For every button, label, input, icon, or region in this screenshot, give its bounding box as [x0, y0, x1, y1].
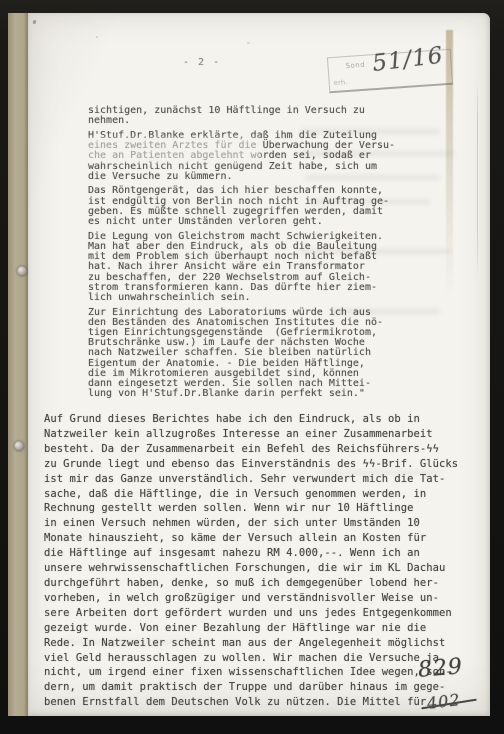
punch-hole-bottom — [14, 441, 24, 451]
quote-paragraph: H'Stuf.Dr.Blanke erklärte, daß ihm die Z… — [88, 131, 418, 182]
punch-hole-top — [17, 266, 27, 276]
stamp-label-top: Sond — [345, 61, 365, 70]
handwritten-margin-number: 829 — [417, 654, 464, 683]
scanned-document-photo: { "document": { "page_number": "- 2 -", … — [0, 0, 504, 734]
page-number: - 2 - — [183, 57, 243, 68]
quote-paragraph: Zur Einrichtung des Laboratoriums würde … — [88, 308, 418, 400]
quote-paragraph: sichtigen, zunächst 10 Häftlinge in Vers… — [88, 106, 418, 126]
stamp-label-bottom: erh. — [333, 78, 348, 87]
binding-edge-strip — [8, 13, 28, 716]
quote-paragraph: Die Legung von Gleichstrom macht Schwier… — [88, 232, 418, 303]
body-text: Auf Grund dieses Berichtes habe ich den … — [44, 412, 474, 710]
quote-paragraph: Das Röntgengerät, das ich hier beschaffe… — [88, 186, 418, 227]
paper-speck — [247, 42, 250, 44]
quoted-report-block: sichtigen, zunächst 10 Häftlinge in Vers… — [88, 106, 418, 404]
fold-line-artifact — [477, 80, 478, 280]
paper-speck — [96, 36, 98, 38]
